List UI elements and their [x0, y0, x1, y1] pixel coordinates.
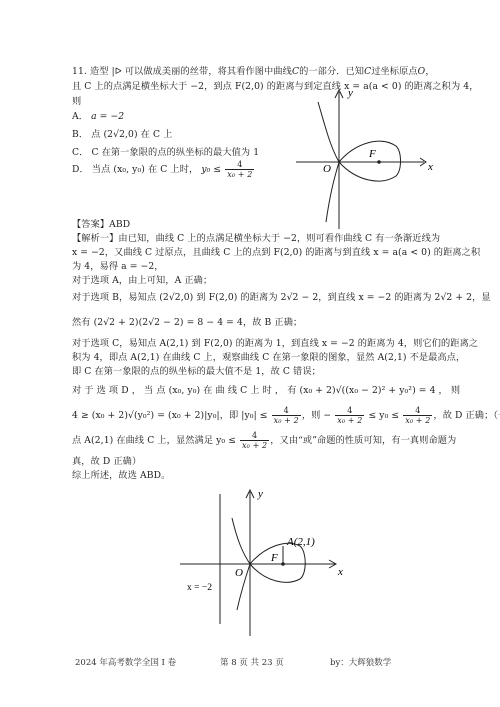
y-axis-label: y [347, 87, 353, 99]
fraction: 4x₀ + 2 [272, 406, 301, 425]
x-axis-label: x [427, 161, 433, 173]
analysis-line: 对 于 选 项 D ， 当 点 (x₀, y₀) 在 曲 线 C 上 时 ， 有… [72, 385, 460, 397]
math-expression: y₀ ≤ [201, 164, 221, 175]
option-label: A． [72, 111, 88, 122]
y-axis-label: y [257, 488, 263, 500]
stem-text: 过坐标原点 [371, 66, 417, 77]
analysis-line: 综上所述，故选 ABD。 [72, 470, 170, 482]
analysis-line: 积为 4，即点 A(2,1) 在曲线 C 上，观察曲线 C 在第一象限的图象，显… [72, 352, 465, 364]
option-text: 点 (2√2,0) 在 C 上 [91, 129, 172, 140]
origin-label: O [323, 163, 331, 175]
footer-author: by：大辉狼数学 [330, 656, 391, 668]
figure-2-curve-plot: y x O F A(2,1) x = −2 [175, 484, 375, 644]
analysis-line: 对于选项 A，由上可知，A 正确； [72, 275, 212, 287]
origin-label: O [235, 567, 243, 579]
question-stem-line-1: 11. 造型 |ᐅ 可以做成美丽的丝带，将其看作图中曲线C的一部分．已知C过坐标… [72, 66, 435, 78]
curve-symbol: C [292, 66, 299, 77]
fraction: 4x₀ + 2 [403, 406, 432, 425]
option-label: C． [72, 147, 88, 158]
stem-text: 的一部分．已知 [299, 66, 364, 77]
footer-exam-title: 2024 年高考数学全国 I 卷 [75, 656, 176, 668]
option-text: 当点 (x₀, y₀) 在 C 上时， [92, 164, 198, 175]
option-a: A． a = −2 [72, 111, 124, 123]
answer-line: 【答案】ABD [72, 219, 130, 231]
question-number: 11. [72, 66, 87, 77]
option-text: C 在第一象限的点的纵坐标的最大值为 1 [91, 147, 259, 158]
stem-text: 造型 [90, 66, 109, 77]
analysis-line: 然有 (2√2 + 2)(2√2 − 2) = 8 − 4 = 4，故 B 正确… [72, 317, 302, 329]
point-a-label: A(2,1) [286, 536, 315, 548]
option-d: D． 当点 (x₀, y₀) 在 C 上时， y₀ ≤ 4x₀ + 2 [72, 160, 255, 179]
analysis-line: 对于选项 B，易知点 (2√2,0) 到 F(2,0) 的距离为 2√2 − 2… [72, 292, 491, 304]
analysis-line-d3: 点 A(2,1) 在曲线 C 上，显然满足 y₀ ≤ 4x₀ + 2，又由“或”… [72, 431, 456, 450]
option-c: C． C 在第一象限的点的纵坐标的最大值为 1 [72, 147, 259, 159]
analysis-line: 真，故 D 正确） [72, 456, 141, 468]
fraction: 4x₀ + 2 [240, 431, 269, 450]
fraction: 4x₀ + 2 [335, 406, 364, 425]
focus-label: F [368, 148, 376, 160]
ribbon-icon: |ᐅ [112, 67, 122, 77]
option-b: B． 点 (2√2,0) 在 C 上 [72, 129, 172, 141]
analysis-line: 为 4，易得 a = −2， [72, 261, 164, 273]
footer-page-number: 第 8 页 共 23 页 [220, 656, 284, 668]
question-stem-line-3: 则 [72, 96, 81, 108]
analysis-line-d2: 4 ≥ (x₀ + 2)√(y₀²) = (x₀ + 2)|y₀|，即 |y₀|… [72, 406, 500, 425]
option-text: a = −2 [91, 111, 124, 122]
x-axis-label: x [337, 566, 343, 578]
option-label: B． [72, 129, 88, 140]
analysis-line: 对于选项 C，易知点 A(2,1) 到 F(2,0) 的距离为 1，到直线 x … [72, 338, 478, 350]
figure-1-curve-plot: y x O F [296, 84, 446, 234]
analysis-line: 即 C 在第一象限的点的纵坐标的最大值不是 1，故 C 错误； [72, 366, 321, 378]
stem-text: 可以做成美丽的丝带，将其看作图中曲线 [125, 66, 292, 77]
fraction: 4x₀ + 2 [225, 160, 254, 179]
analysis-line: 【解析一】由已知，曲线 C 上的点满足横坐标大于 −2，则可看作曲线 C 有一条… [72, 233, 440, 245]
asymptote-label: x = −2 [187, 583, 212, 593]
analysis-line: x = −2，又曲线 C 过原点，且曲线 C 上的点到 F(2,0) 的距离与到… [72, 247, 480, 259]
focus-label: F [270, 552, 278, 564]
option-label: D． [72, 164, 89, 175]
